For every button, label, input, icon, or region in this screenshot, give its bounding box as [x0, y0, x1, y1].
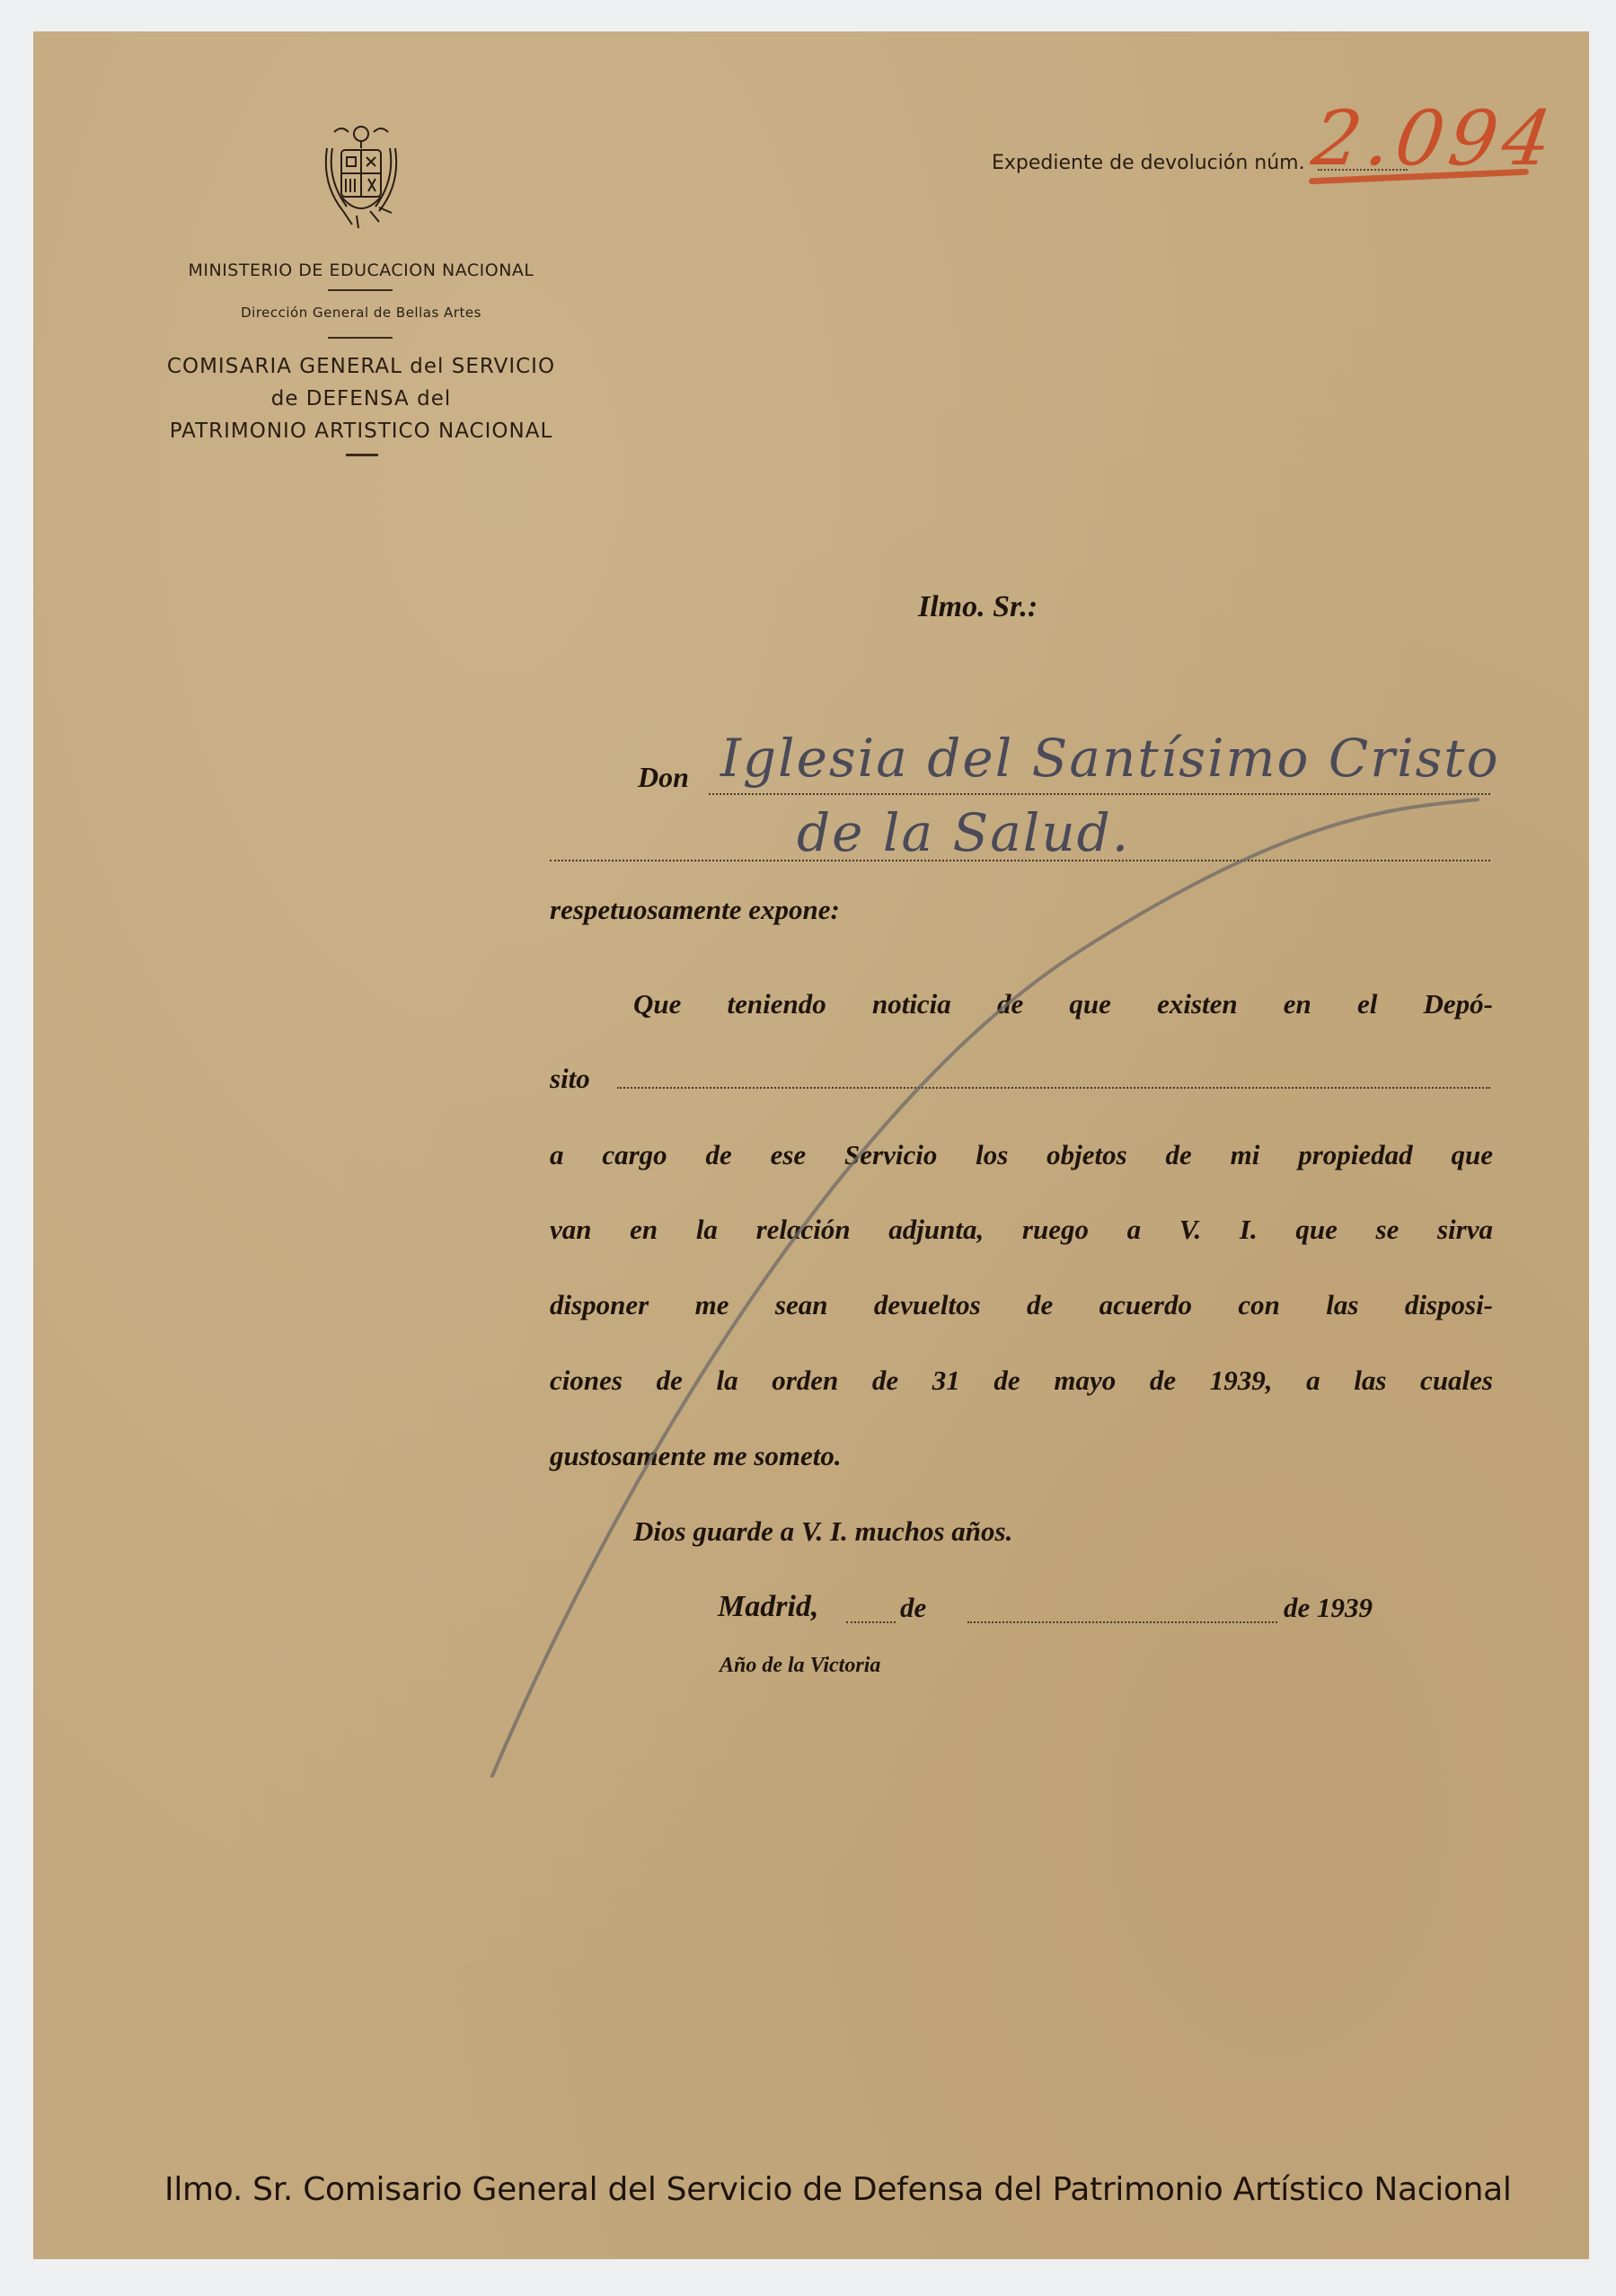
commission-line-3: PATRIMONIO ARTISTICO NACIONAL: [159, 415, 563, 447]
body-line-2: sito: [550, 1063, 590, 1095]
body-line-4: van en la relación adjunta, ruego a V. I…: [550, 1214, 1493, 1246]
commission-heading: COMISARIA GENERAL del SERVICIO de DEFENS…: [159, 350, 563, 447]
directorate-heading: Dirección General de Bellas Artes: [159, 305, 563, 321]
body-line-1: Que teniendo noticia de que existen en e…: [633, 988, 1493, 1020]
document-page: MINISTERIO DE EDUCACION NACIONAL Direcci…: [33, 31, 1589, 2259]
petitioner-name-line-1: Iglesia del Santísimo Cristo: [720, 728, 1500, 789]
divider: [346, 454, 378, 456]
dateline-de: de: [900, 1592, 926, 1624]
file-reference-label: Expediente de devolución núm.: [992, 152, 1305, 174]
body-line-6: ciones de la orden de 31 de mayo de 1939…: [550, 1364, 1493, 1397]
intro-text: respetuosamente expone:: [550, 894, 840, 926]
dateline-city: Madrid,: [718, 1590, 818, 1624]
coat-of-arms-icon: [316, 121, 406, 234]
dateline-year: de 1939: [1284, 1592, 1373, 1624]
petitioner-field-line-1: [709, 793, 1490, 795]
body-line-5: disponer me sean devueltos de acuerdo co…: [550, 1289, 1493, 1321]
addressee-footer: Ilmo. Sr. Comisario General del Servicio…: [164, 2171, 1494, 2208]
body-line-7: gustosamente me someto.: [550, 1440, 842, 1472]
deposit-field-line: [617, 1087, 1490, 1089]
ministry-heading: MINISTERIO DE EDUCACION NACIONAL: [159, 261, 563, 280]
petitioner-name-line-2: de la Salud.: [797, 802, 1130, 863]
commission-line-1: COMISARIA GENERAL del SERVICIO: [159, 350, 563, 383]
dateline-motto: Año de la Victoria: [720, 1654, 880, 1678]
month-field-line: [967, 1621, 1277, 1623]
salutation: Ilmo. Sr.:: [918, 590, 1038, 624]
day-field-line: [846, 1621, 896, 1623]
closing-formula: Dios guarde a V. I. muchos años.: [633, 1515, 1012, 1548]
body-line-3: a cargo de ese Servicio los objetos de m…: [550, 1139, 1493, 1171]
divider: [328, 337, 393, 339]
petitioner-prefix: Don: [638, 761, 689, 794]
commission-line-2: de DEFENSA del: [159, 383, 563, 415]
divider: [328, 289, 393, 291]
